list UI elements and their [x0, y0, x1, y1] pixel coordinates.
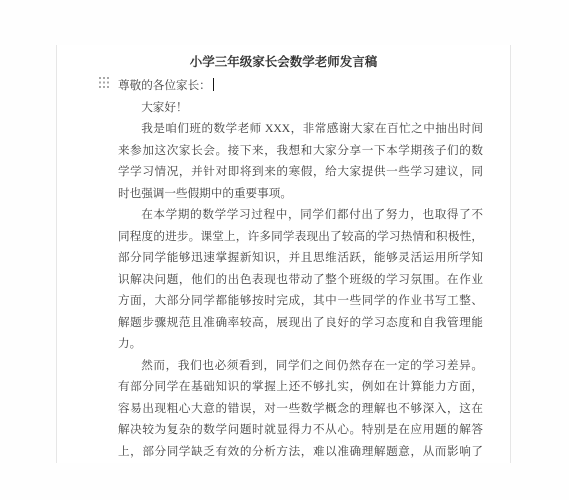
text-line[interactable]: 时也强调一些假期中的重要事项。: [118, 183, 483, 205]
paragraph: 然而，我们也必须看到，同学们之间仍然存在一定的学习差异。有部分同学在基础知识的掌…: [118, 355, 483, 463]
paragraph: 尊敬的各位家长：: [118, 75, 483, 97]
text-line[interactable]: 有部分同学在基础知识的掌握上还不够扎实，例如在计算能力方面，: [118, 376, 483, 398]
text-line[interactable]: 大家好！: [118, 97, 483, 119]
text-line[interactable]: 识解决问题，他们的出色表现也带动了整个班级的学习氛围。在作业: [118, 269, 483, 291]
text-line[interactable]: 我是咱们班的数学老师 XXX，非常感谢大家在百忙之中抽出时间: [118, 118, 483, 140]
text-line[interactable]: 解题步骤规范且准确率较高，展现出了良好的学习态度和自我管理能: [118, 312, 483, 334]
text-line[interactable]: 尊敬的各位家长：: [118, 75, 483, 97]
drag-handle-dots: [99, 77, 110, 89]
text-line[interactable]: 方面，大部分同学都能够按时完成，其中一些同学的作业书写工整、: [118, 290, 483, 312]
text-line[interactable]: 同程度的进步。课堂上，许多同学表现出了较高的学习热情和积极性，: [118, 226, 483, 248]
paragraph-drag-handle-icon[interactable]: [99, 76, 110, 88]
text-cursor: [213, 78, 215, 91]
document-body: 尊敬的各位家长：大家好！我是咱们班的数学老师 XXX，非常感谢大家在百忙之中抽出…: [118, 75, 483, 462]
paragraph: 大家好！: [118, 97, 483, 119]
paragraph: 我是咱们班的数学老师 XXX，非常感谢大家在百忙之中抽出时间来参加这次家长会。接…: [118, 118, 483, 204]
text-line[interactable]: 学学习情况，并针对即将到来的寒假，给大家提供一些学习建议，同: [118, 161, 483, 183]
text-line[interactable]: 解决较为复杂的数学问题时就显得力不从心。特别是在应用题的解答: [118, 419, 483, 441]
document-canvas: 小学三年级家长会数学老师发言稿 尊敬的各位家长：大家好！我是咱们班的数学老师 X…: [0, 0, 569, 500]
text-line[interactable]: 然而，我们也必须看到，同学们之间仍然存在一定的学习差异。: [118, 355, 483, 377]
document-page: 小学三年级家长会数学老师发言稿 尊敬的各位家长：大家好！我是咱们班的数学老师 X…: [56, 45, 511, 463]
text-line[interactable]: 在本学期的数学学习过程中，同学们都付出了努力，也取得了不: [118, 204, 483, 226]
text-line[interactable]: 上，部分同学缺乏有效的分析方法，难以准确理解题意，从而影响了: [118, 441, 483, 463]
text-line[interactable]: 部分同学能够迅速掌握新知识，并且思维活跃，能够灵活运用所学知: [118, 247, 483, 269]
paragraph: 在本学期的数学学习过程中，同学们都付出了努力，也取得了不同程度的进步。课堂上，许…: [118, 204, 483, 355]
text-line[interactable]: 来参加这次家长会。接下来，我想和大家分享一下本学期孩子们的数: [118, 140, 483, 162]
text-line[interactable]: 容易出现粗心大意的错误，对一些数学概念的理解也不够深入，这在: [118, 398, 483, 420]
document-title[interactable]: 小学三年级家长会数学老师发言稿: [57, 51, 510, 73]
text-line[interactable]: 力。: [118, 333, 483, 355]
